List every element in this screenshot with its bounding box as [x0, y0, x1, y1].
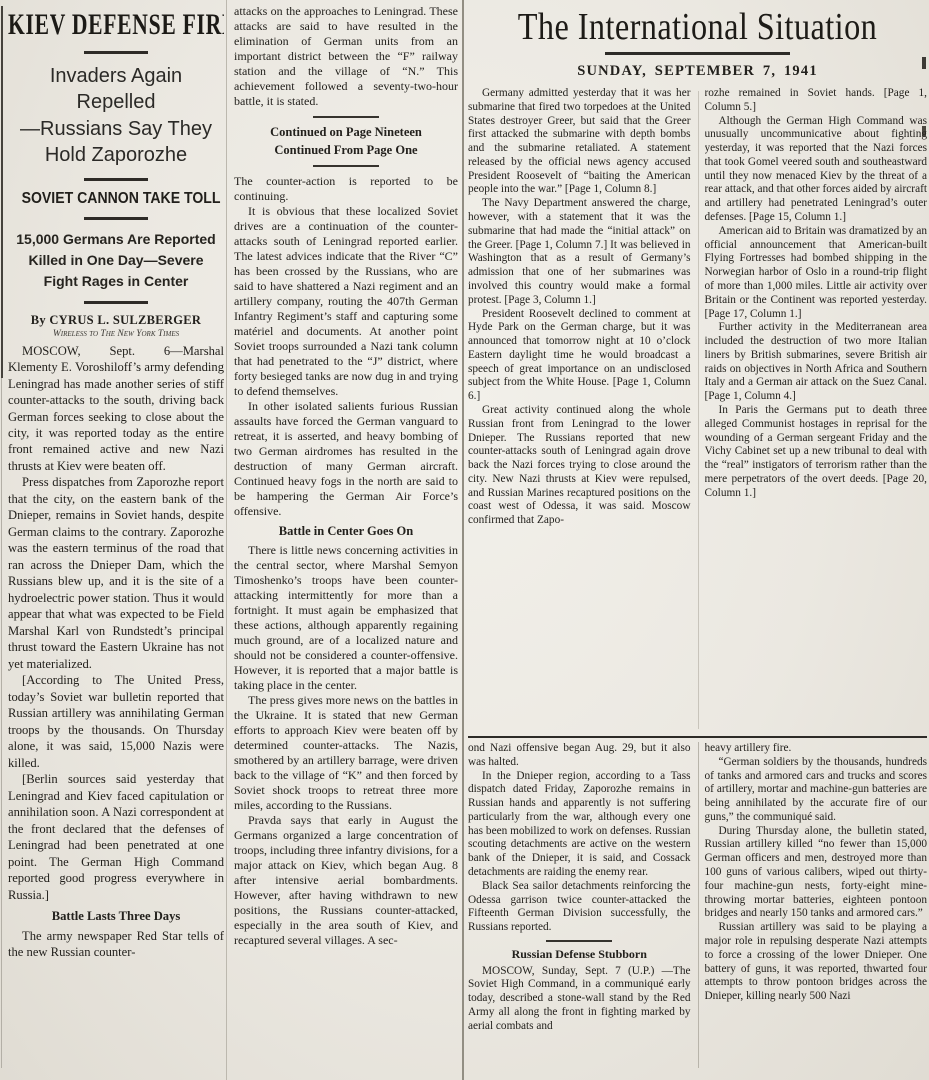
- bottom-right-column: heavy artillery fire.“German soldiers by…: [705, 742, 928, 1068]
- paragraph: Pravda says that early in August the Ger…: [234, 813, 458, 948]
- paragraph: “German soldiers by the thousands, hundr…: [705, 756, 928, 825]
- paragraph: The Navy Department answered the charge,…: [468, 197, 691, 307]
- headline-line: —Russians Say They: [8, 116, 224, 142]
- paragraph: The press gives more news on the battles…: [234, 693, 458, 813]
- headline-rule: [84, 301, 148, 304]
- paragraph: Further activity in the Mediterranean ar…: [705, 321, 928, 404]
- headline-line: 15,000 Germans Are Reported: [8, 229, 224, 250]
- scan-artifact: [1, 378, 2, 1068]
- paragraph: Great activity continued along the whole…: [468, 404, 691, 528]
- headline-line: Killed in One Day—Severe: [8, 250, 224, 271]
- paragraph: [According to The United Press, today’s …: [8, 672, 224, 771]
- paragraph: Russian artillery was said to be playing…: [705, 921, 928, 1004]
- section-title-text: The International Situation: [518, 5, 878, 49]
- section-bottom-rule: [468, 736, 927, 738]
- bottom-columns: ond Nazi offensive began Aug. 29, but it…: [468, 742, 927, 1068]
- summary-columns: Germany admitted yesterday that it was h…: [468, 87, 927, 733]
- wire-credit: Wireless to The New York Times: [8, 329, 224, 339]
- headline-line: Fight Rages in Center: [8, 271, 224, 292]
- paragraph: MOSCOW, Sept. 6—Marshal Klementy E. Voro…: [8, 343, 224, 475]
- paragraph: [Berlin sources said yesterday that Leni…: [8, 771, 224, 903]
- continued-notice: Continued on Page Nineteen: [234, 125, 458, 141]
- paragraph: MOSCOW, Sunday, Sept. 7 (U.P.) —The Sovi…: [468, 965, 691, 1034]
- headline-rule: [84, 51, 148, 54]
- headline-rule: [84, 217, 148, 220]
- kiev-article-column: KIEV DEFENSE FIRM Invaders Again Repelle…: [8, 6, 224, 1074]
- title-rule: [605, 52, 790, 55]
- divider-rule: [313, 165, 379, 167]
- paragraph: In the Dnieper region, according to a Ta…: [468, 770, 691, 880]
- section-title: The International Situation: [468, 5, 927, 49]
- column-divider: [462, 0, 464, 1080]
- paragraph: President Roosevelt declined to comment …: [468, 308, 691, 404]
- paragraph: The army newspaper Red Star tells of the…: [8, 928, 224, 961]
- article-kicker: SOVIET CANNON TAKE TOLL: [8, 190, 224, 208]
- paragraph: Although the German High Command was unu…: [705, 115, 928, 225]
- headline-line: Hold Zaporozhe: [8, 142, 224, 168]
- paragraph: It is obvious that these localized Sovie…: [234, 204, 458, 399]
- paragraph: During Thursday alone, the bulletin stat…: [705, 825, 928, 921]
- byline: By CYRUS L. SULZBERGER: [8, 313, 224, 328]
- section-dateline: SUNDAY, SEPTEMBER 7, 1941: [468, 63, 927, 80]
- paragraph: ond Nazi offensive began Aug. 29, but it…: [468, 742, 691, 770]
- subheadline: Battle in Center Goes On: [234, 524, 458, 540]
- divider-rule: [546, 940, 612, 942]
- paragraph: Black Sea sailor detachments reinforcing…: [468, 880, 691, 935]
- international-situation-section: The International Situation SUNDAY, SEPT…: [468, 0, 927, 1080]
- subheadline: Battle Lasts Three Days: [8, 908, 224, 924]
- paragraph: The counter-action is reported to be con…: [234, 174, 458, 204]
- summary-right-column: rozhe remained in Soviet hands. [Page 1,…: [705, 87, 928, 733]
- paragraph: There is little news concerning activiti…: [234, 543, 458, 693]
- column-divider: [226, 0, 227, 1080]
- article-headline-text: KIEV DEFENSE FIRM: [8, 8, 224, 42]
- headline-line: Invaders Again Repelled: [8, 63, 224, 116]
- article-body: MOSCOW, Sept. 6—Marshal Klementy E. Voro…: [8, 343, 224, 961]
- bottom-left-column: ond Nazi offensive began Aug. 29, but it…: [468, 742, 691, 1068]
- article-kicker-text: SOVIET CANNON TAKE TOLL: [22, 190, 221, 208]
- article-subdeck: 15,000 Germans Are ReportedKilled in One…: [8, 229, 224, 292]
- paragraph: Germany admitted yesterday that it was h…: [468, 87, 691, 197]
- newspaper-page: KIEV DEFENSE FIRM Invaders Again Repelle…: [0, 0, 929, 1080]
- paragraph: Press dispatches from Zaporozhe report t…: [8, 474, 224, 672]
- paragraph: rozhe remained in Soviet hands. [Page 1,…: [705, 87, 928, 115]
- paragraph: attacks on the approaches to Leningrad. …: [234, 4, 458, 109]
- summary-left-column: Germany admitted yesterday that it was h…: [468, 87, 691, 733]
- paragraph: In Paris the Germans put to death three …: [705, 404, 928, 500]
- paragraph: In other isolated salients furious Russi…: [234, 399, 458, 519]
- headline-rule: [84, 178, 148, 181]
- continued-notice: Continued From Page One: [234, 143, 458, 159]
- continuation-column: attacks on the approaches to Leningrad. …: [234, 4, 458, 1076]
- paragraph: American aid to Britain was dramatized b…: [705, 225, 928, 321]
- article-headline: KIEV DEFENSE FIRM: [8, 8, 224, 42]
- paragraph: heavy artillery fire.: [705, 742, 928, 756]
- subheadline: Russian Defense Stubborn: [468, 947, 691, 962]
- divider-rule: [313, 116, 379, 118]
- scan-artifact: [1, 6, 3, 378]
- article-deck: Invaders Again Repelled—Russians Say The…: [8, 63, 224, 169]
